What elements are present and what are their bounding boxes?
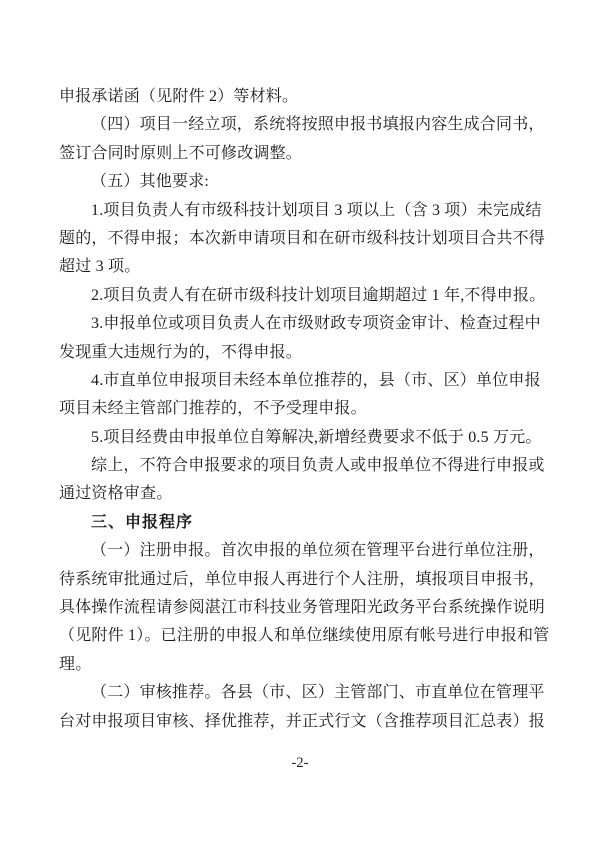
document-line: 具体操作流程请参阅湛江市科技业务管理阳光政务平台系统操作说明 [59, 594, 535, 622]
document-line: 超过 3 项。 [59, 253, 535, 281]
document-line: 通过资格审查。 [59, 480, 535, 508]
document-line: （五）其他要求: [59, 168, 535, 196]
document-line: 3.申报单位或项目负责人在市级财政专项资金审计、检查过程中 [59, 310, 535, 338]
document-line: 综上，不符合申报要求的项目负责人或申报单位不得进行申报或 [59, 452, 535, 480]
document-line: （见附件 1）。已注册的申报人和单位继续使用原有帐号进行申报和管 [59, 622, 535, 650]
document-line: 题的，不得申报；本次新申请项目和在研市级科技计划项目合共不得 [59, 225, 535, 253]
document-line: 2.项目负责人有在研市级科技计划项目逾期超过 1 年,不得申报。 [59, 282, 535, 310]
document-line: 待系统审批通过后，单位申报人再进行个人注册，填报项目申报书， [59, 566, 535, 594]
document-line: 理。 [59, 651, 535, 679]
document-page: 申报承诺函（见附件 2）等材料。 （四）项目一经立项，系统将按照申报书填报内容生… [0, 0, 600, 848]
document-line: 发现重大违规行为的，不得申报。 [59, 339, 535, 367]
document-line: 1.项目负责人有市级科技计划项目 3 项以上（含 3 项）未完成结 [59, 197, 535, 225]
document-line: 项目未经主管部门推荐的，不予受理申报。 [59, 395, 535, 423]
document-line: 申报承诺函（见附件 2）等材料。 [59, 83, 535, 111]
document-line: （二）审核推荐。各县（市、区）主管部门、市直单位在管理平 [59, 679, 535, 707]
section-heading: 三、申报程序 [59, 509, 535, 537]
document-line: 5.项目经费由申报单位自筹解决,新增经费要求不低于 0.5 万元。 [59, 424, 535, 452]
document-line: （一）注册申报。首次申报的单位须在管理平台进行单位注册， [59, 537, 535, 565]
document-line: 4.市直单位申报项目未经本单位推荐的，县（市、区）单位申报 [59, 367, 535, 395]
document-line: 签订合同时原则上不可修改调整。 [59, 140, 535, 168]
document-body: 申报承诺函（见附件 2）等材料。 （四）项目一经立项，系统将按照申报书填报内容生… [59, 83, 535, 736]
document-line: （四）项目一经立项，系统将按照申报书填报内容生成合同书， [59, 111, 535, 139]
page-number: -2- [0, 753, 600, 773]
document-line: 台对申报项目审核、择优推荐，并正式行文（含推荐项目汇总表）报 [59, 708, 535, 736]
